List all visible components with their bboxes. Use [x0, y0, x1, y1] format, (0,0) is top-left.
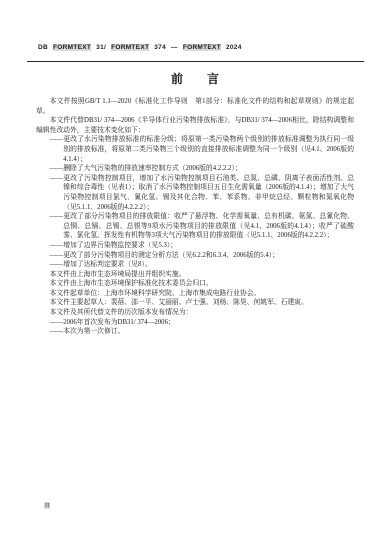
paragraph: 本文件由上海市生态环境局提出并组织实施。	[36, 270, 354, 280]
paragraph: 本文件主要起草人：裴蓓、邵一平、艾丽丽、卢士强、刘杨、陈昊、何姚军、石建寅。	[36, 298, 354, 308]
document-number: DBFORMTEXT31/FORMTEXT374—FORMTEXT2024	[38, 44, 364, 51]
change-list-item: ——增加了边界污染物监控要求（见5.3）；	[36, 241, 354, 251]
page-title: 前 言	[0, 70, 390, 87]
change-list-item: ——更改了污染物控制项目，增加了水污染物控制项目石油类、总氮、总磷、阴离子表面活…	[36, 174, 354, 212]
document-body: 本文件按照GB/T 1.1—2020《标准化工作导则 第1部分：标准化文件的结构…	[36, 97, 354, 337]
doc-number-year: 2024	[226, 44, 242, 51]
formtext-field: FORMTEXT	[183, 44, 221, 51]
paragraph: 本文件起草单位：上海市环境科学研究院、上海市集成电路行业协会。	[36, 289, 354, 299]
formtext-field: FORMTEXT	[53, 44, 91, 51]
paragraph: 本文件按照GB/T 1.1—2020《标准化工作导则 第1部分：标准化文件的结构…	[36, 97, 354, 116]
change-list-item: ——更改了水污染物排放标准的标准分级；将原第一类污染物两个级别的排放标准调整为执…	[36, 135, 354, 164]
paragraph: 本文件代替DB31/ 374—2006《半导体行业污染物排放标准》，与DB31/…	[36, 116, 354, 135]
doc-number-prefix: DB	[38, 44, 48, 51]
change-list-item: ——更改了部分污染物项目的排放限值：收严了悬浮物、化学需氧量、总有机碳、氨氮、总…	[36, 212, 354, 241]
header-rule	[27, 61, 364, 62]
doc-number-region: 31/	[96, 44, 106, 51]
paragraph: 本文件由上海市生态环境保护标准化技术委员会归口。	[36, 279, 354, 289]
history-list-item: ——2006年首次发布为DB31/ 374—2006；	[36, 318, 354, 328]
change-list-item: ——增加了达标判定要求（见8）。	[36, 260, 354, 270]
change-list-item: ——更改了部分污染物项目的测定分析方法（见6.2.2和6.3.4、2006版的5…	[36, 251, 354, 261]
paragraph: 本文件及其所代替文件的历次版本发布情况为：	[36, 308, 354, 318]
change-list-item: ——删除了大气污染物的排放速率控制方式（2006版的4.2.2.2）；	[36, 164, 354, 174]
doc-number-serial: 374	[154, 44, 166, 51]
page-number: II	[44, 502, 50, 509]
formtext-field: FORMTEXT	[111, 44, 149, 51]
document-page: DBFORMTEXT31/FORMTEXT374—FORMTEXT2024 前 …	[0, 0, 390, 551]
history-list-item: ——本次为第一次修订。	[36, 327, 354, 337]
doc-number-dash: —	[171, 44, 178, 51]
